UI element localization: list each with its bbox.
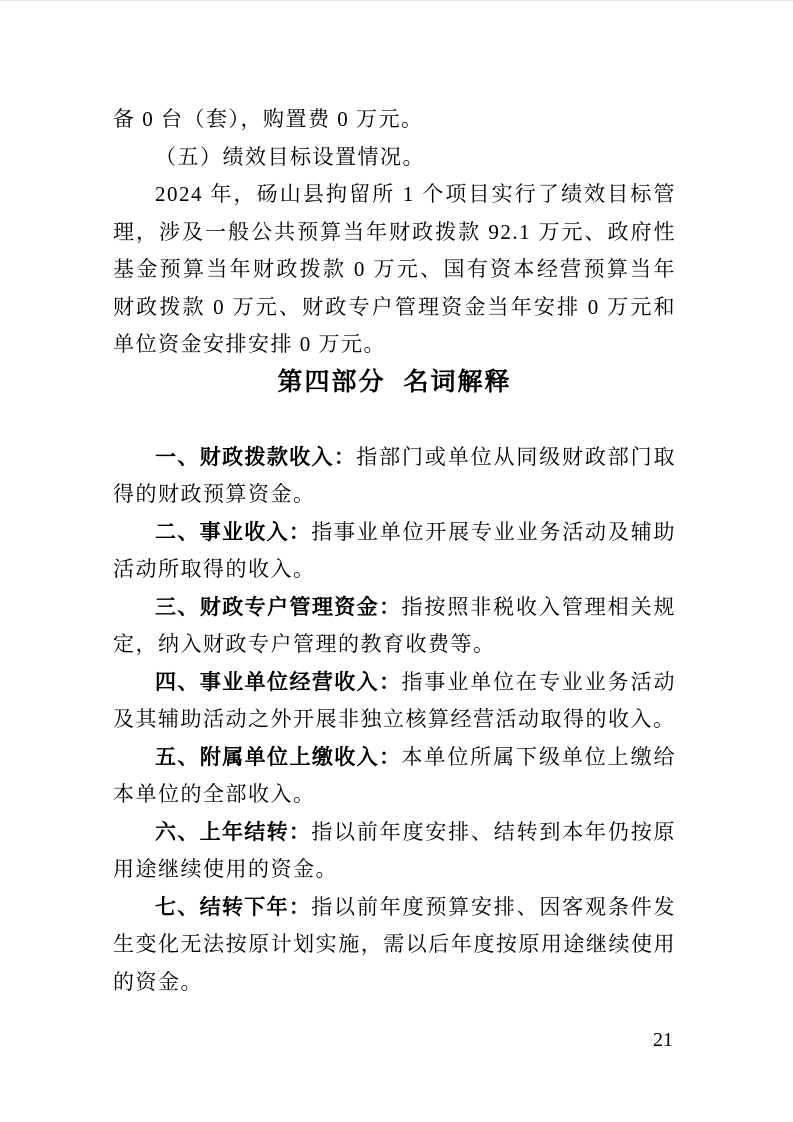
definition-term-1: 一、财政拨款收入：: [155, 446, 356, 469]
page-number: 21: [653, 1027, 673, 1053]
paragraph-subsection-five: （五）绩效目标设置情况。: [113, 139, 676, 177]
section-heading: 第四部分 名词解释: [113, 364, 676, 402]
definition-term-4: 四、事业单位经营收入：: [155, 671, 402, 694]
definition-item-5: 五、附属单位上缴收入：本单位所属下级单位上缴给本单位的全部收入。: [113, 739, 676, 814]
definition-term-7: 七、结转下年：: [155, 896, 311, 919]
definition-term-5: 五、附属单位上缴收入：: [155, 746, 402, 769]
definition-term-2: 二、事业收入：: [155, 521, 311, 544]
definition-item-6: 六、上年结转：指以前年度安排、结转到本年仍按原用途继续使用的资金。: [113, 814, 676, 889]
page-content: 备 0 台（套），购置费 0 万元。 （五）绩效目标设置情况。 2024 年，砀…: [113, 101, 676, 1001]
definition-item-2: 二、事业收入：指事业单位开展专业业务活动及辅助活动所取得的收入。: [113, 514, 676, 589]
definition-item-4: 四、事业单位经营收入：指事业单位在专业业务活动及其辅助活动之外开展非独立核算经营…: [113, 664, 676, 739]
document-page: 备 0 台（套），购置费 0 万元。 （五）绩效目标设置情况。 2024 年，砀…: [0, 0, 793, 1122]
paragraph-continuation: 备 0 台（套），购置费 0 万元。: [113, 101, 676, 139]
definition-term-6: 六、上年结转：: [155, 821, 311, 844]
definition-term-3: 三、财政专户管理资金：: [155, 596, 402, 619]
paragraph-performance-targets: 2024 年，砀山县拘留所 1 个项目实行了绩效目标管理，涉及一般公共预算当年财…: [113, 176, 676, 364]
definitions-list: 一、财政拨款收入：指部门或单位从同级财政部门取得的财政预算资金。 二、事业收入：…: [113, 439, 676, 1002]
definition-item-1: 一、财政拨款收入：指部门或单位从同级财政部门取得的财政预算资金。: [113, 439, 676, 514]
definition-item-3: 三、财政专户管理资金：指按照非税收入管理相关规定，纳入财政专户管理的教育收费等。: [113, 589, 676, 664]
definition-item-7: 七、结转下年：指以前年度预算安排、因客观条件发生变化无法按原计划实施，需以后年度…: [113, 889, 676, 1002]
